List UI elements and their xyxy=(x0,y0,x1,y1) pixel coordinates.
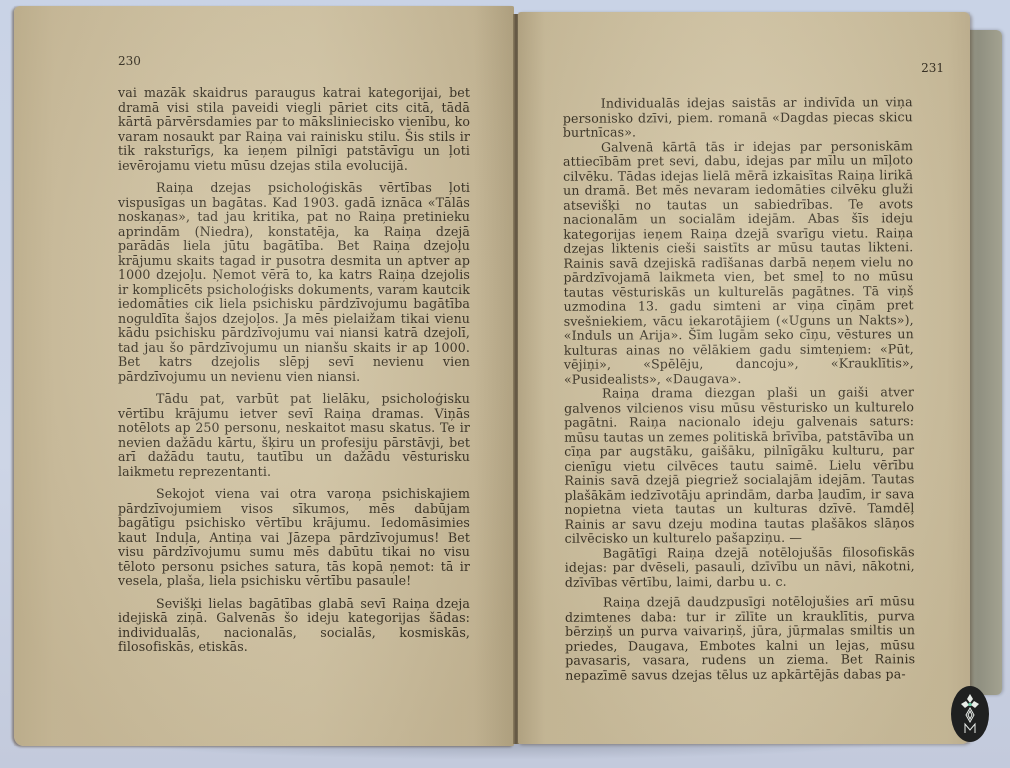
page-number-right: 231 xyxy=(921,61,944,75)
page-number-left: 230 xyxy=(118,54,141,68)
paragraph: vai mazāk skaidrus paraugus katrai kateg… xyxy=(118,86,470,173)
paragraph: Raiņa dzejas psicholoģiskās vērtības ļot… xyxy=(118,181,470,384)
ornament-monogram-icon xyxy=(955,691,985,737)
left-page-text: vai mazāk skaidrus paraugus katrai kateg… xyxy=(118,86,470,655)
paragraph: Galvenā kārtā tās ir idejas par personis… xyxy=(563,139,914,387)
right-page-text: Individualās idejas saistās ar indivīda … xyxy=(563,95,916,683)
paragraph: Bagātīgi Raiņa dzejā notēlojušās filosof… xyxy=(565,545,915,590)
paragraph: Sevišķi lielas bagātības glabā sevī Raiņ… xyxy=(118,597,470,655)
right-page: 231 Individualās idejas saistās ar indiv… xyxy=(518,12,970,744)
paragraph: Tādu pat, varbūt pat lielāku, psicholoģi… xyxy=(118,392,470,479)
watermark-logo xyxy=(951,686,989,742)
paragraph: Raiņa dzejā daudzpusīgi notēlojušies arī… xyxy=(565,594,915,683)
paragraph: Individualās idejas saistās ar indivīda … xyxy=(563,95,913,140)
paragraph: Sekojot viena vai otra varoņa psichiskaj… xyxy=(118,487,470,589)
paragraph: Raiņa drama diezgan plaši un gaiši atver… xyxy=(564,385,915,546)
left-page: 230 vai mazāk skaidrus paraugus katrai k… xyxy=(14,6,514,746)
